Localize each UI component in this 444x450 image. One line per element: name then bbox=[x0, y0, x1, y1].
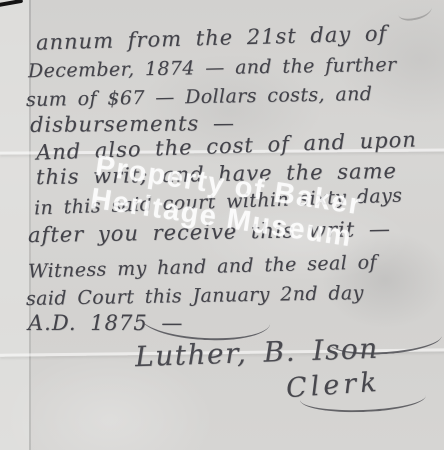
handwritten-line: December, 1874 — and the further bbox=[28, 54, 397, 82]
handwritten-line: annum from the 21st day of bbox=[36, 21, 388, 54]
scanned-document-page: annum from the 21st day of December, 187… bbox=[0, 0, 444, 450]
handwritten-line: sum of $67 — Dollars costs, and bbox=[26, 83, 373, 111]
handwritten-line: Witness my hand and the seal of bbox=[28, 251, 377, 282]
handwritten-line: said Court this January 2nd day bbox=[26, 282, 364, 310]
faint-pencil-mark bbox=[397, 0, 433, 22]
pen-flourish bbox=[300, 390, 427, 414]
handwritten-line: disbursements — bbox=[30, 111, 235, 137]
page-left-margin bbox=[0, 0, 29, 450]
